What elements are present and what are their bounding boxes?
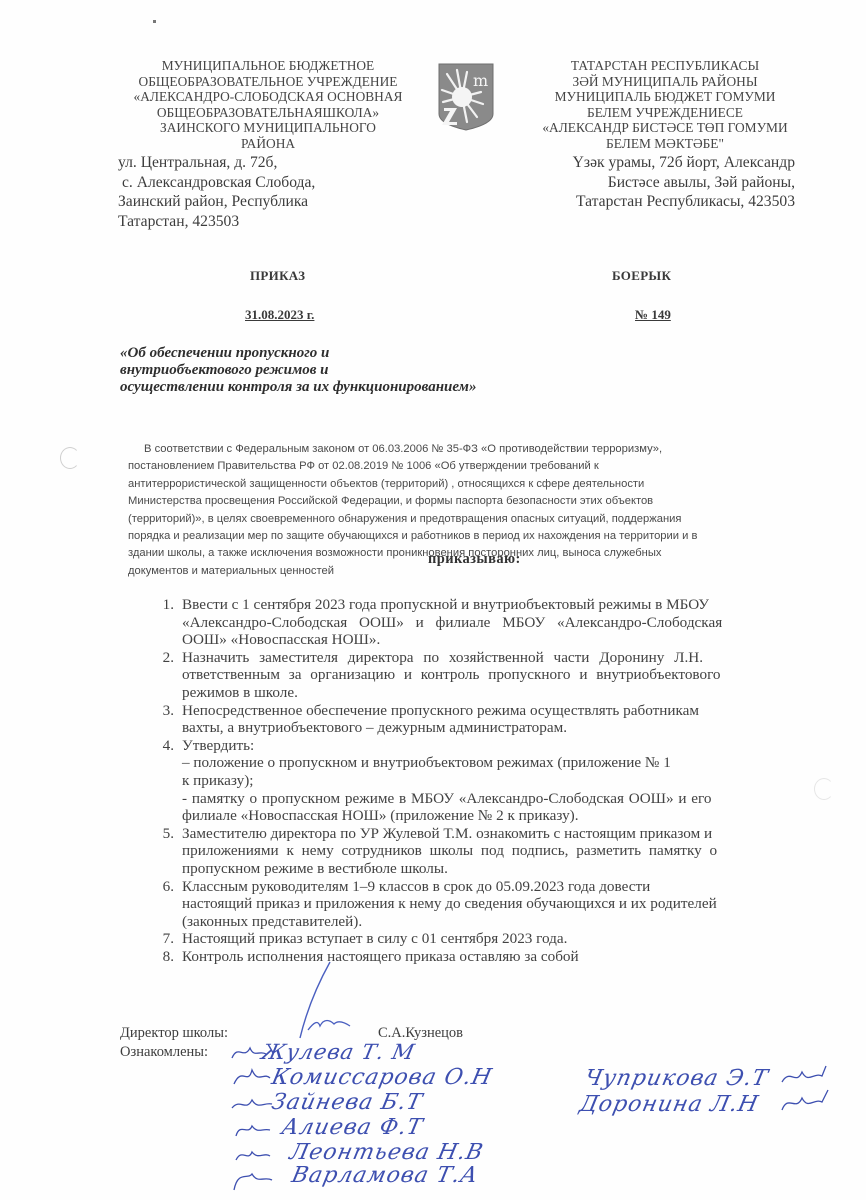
initials-scribbles — [778, 1062, 838, 1122]
initials-scribbles — [222, 1040, 282, 1200]
scan-speck — [153, 20, 156, 23]
handwritten-name: Комиссарова О.Н — [269, 1065, 494, 1090]
handwritten-name: Жулева Т. М — [259, 1040, 417, 1064]
handwritten-name: Леонтьева Н.В — [287, 1140, 486, 1165]
svg-text:m: m — [473, 71, 488, 90]
order-title-tt: БОЕРЫК — [612, 268, 671, 284]
punch-hole-mark — [60, 447, 80, 469]
order-item-2: 2. Назначить заместителя директора по хо… — [148, 649, 798, 702]
director-label: Директор школы: — [120, 1025, 228, 1042]
order-item-3: 3. Непосредственное обеспечение пропускн… — [148, 702, 798, 737]
order-item-6: 6. Классным руководителям 1–9 классов в … — [148, 878, 798, 931]
handwritten-name: Зайнева Б.Т — [269, 1090, 425, 1115]
order-number: № 149 — [635, 307, 671, 323]
org-name-tt: ТАТАРСТАН РЕСПУБЛИКАСЫ ЗӘЙ МУНИЦИПАЛЬ РА… — [515, 58, 815, 151]
document-page: МУНИЦИПАЛЬНОЕ БЮДЖЕТНОЕ ОБЩЕОБРАЗОВАТЕЛЬ… — [0, 0, 866, 1200]
order-directive-word: приказываю: — [428, 551, 521, 568]
org-name-ru: МУНИЦИПАЛЬНОЕ БЮДЖЕТНОЕ ОБЩЕОБРАЗОВАТЕЛЬ… — [118, 58, 418, 151]
handwritten-name: Чуприкова Э.Т — [582, 1066, 770, 1091]
order-item-8: 8. Контроль исполнения настоящего приказ… — [148, 948, 798, 966]
order-item-7: 7. Настоящий приказ вступает в силу с 01… — [148, 930, 798, 948]
acknowledged-label: Ознакомлены: — [120, 1044, 208, 1061]
header-right-tatar: ТАТАРСТАН РЕСПУБЛИКАСЫ ЗӘЙ МУНИЦИПАЛЬ РА… — [515, 58, 815, 212]
coat-of-arms-icon: m — [437, 62, 495, 132]
handwritten-name: Варламова Т.А — [289, 1163, 481, 1188]
punch-hole-mark — [814, 778, 834, 800]
order-item-5: 5. Заместителю директора по УР Жулевой Т… — [148, 825, 798, 878]
address-ru: ул. Центральная, д. 72б, с. Александровс… — [118, 153, 418, 231]
order-item-1: 1. Ввести с 1 сентября 2023 года пропуск… — [148, 596, 798, 649]
order-item-4: 4. Утвердить: – положение о пропускном и… — [148, 737, 798, 825]
director-signature — [290, 960, 370, 1040]
handwritten-name: Алиева Ф.Т — [279, 1115, 425, 1140]
address-tt: Үзәк урамы, 72б йорт, Александр Бистәсе … — [515, 153, 815, 212]
handwritten-name: Доронина Л.Н — [577, 1092, 761, 1117]
order-subject: «Об обеспечении пропускного и внутриобъе… — [120, 345, 600, 396]
order-date: 31.08.2023 г. — [245, 307, 314, 323]
order-title-ru: ПРИКАЗ — [250, 268, 305, 284]
header-left-russian: МУНИЦИПАЛЬНОЕ БЮДЖЕТНОЕ ОБЩЕОБРАЗОВАТЕЛЬ… — [118, 58, 418, 231]
order-items-list: 1. Ввести с 1 сентября 2023 года пропуск… — [148, 596, 798, 965]
